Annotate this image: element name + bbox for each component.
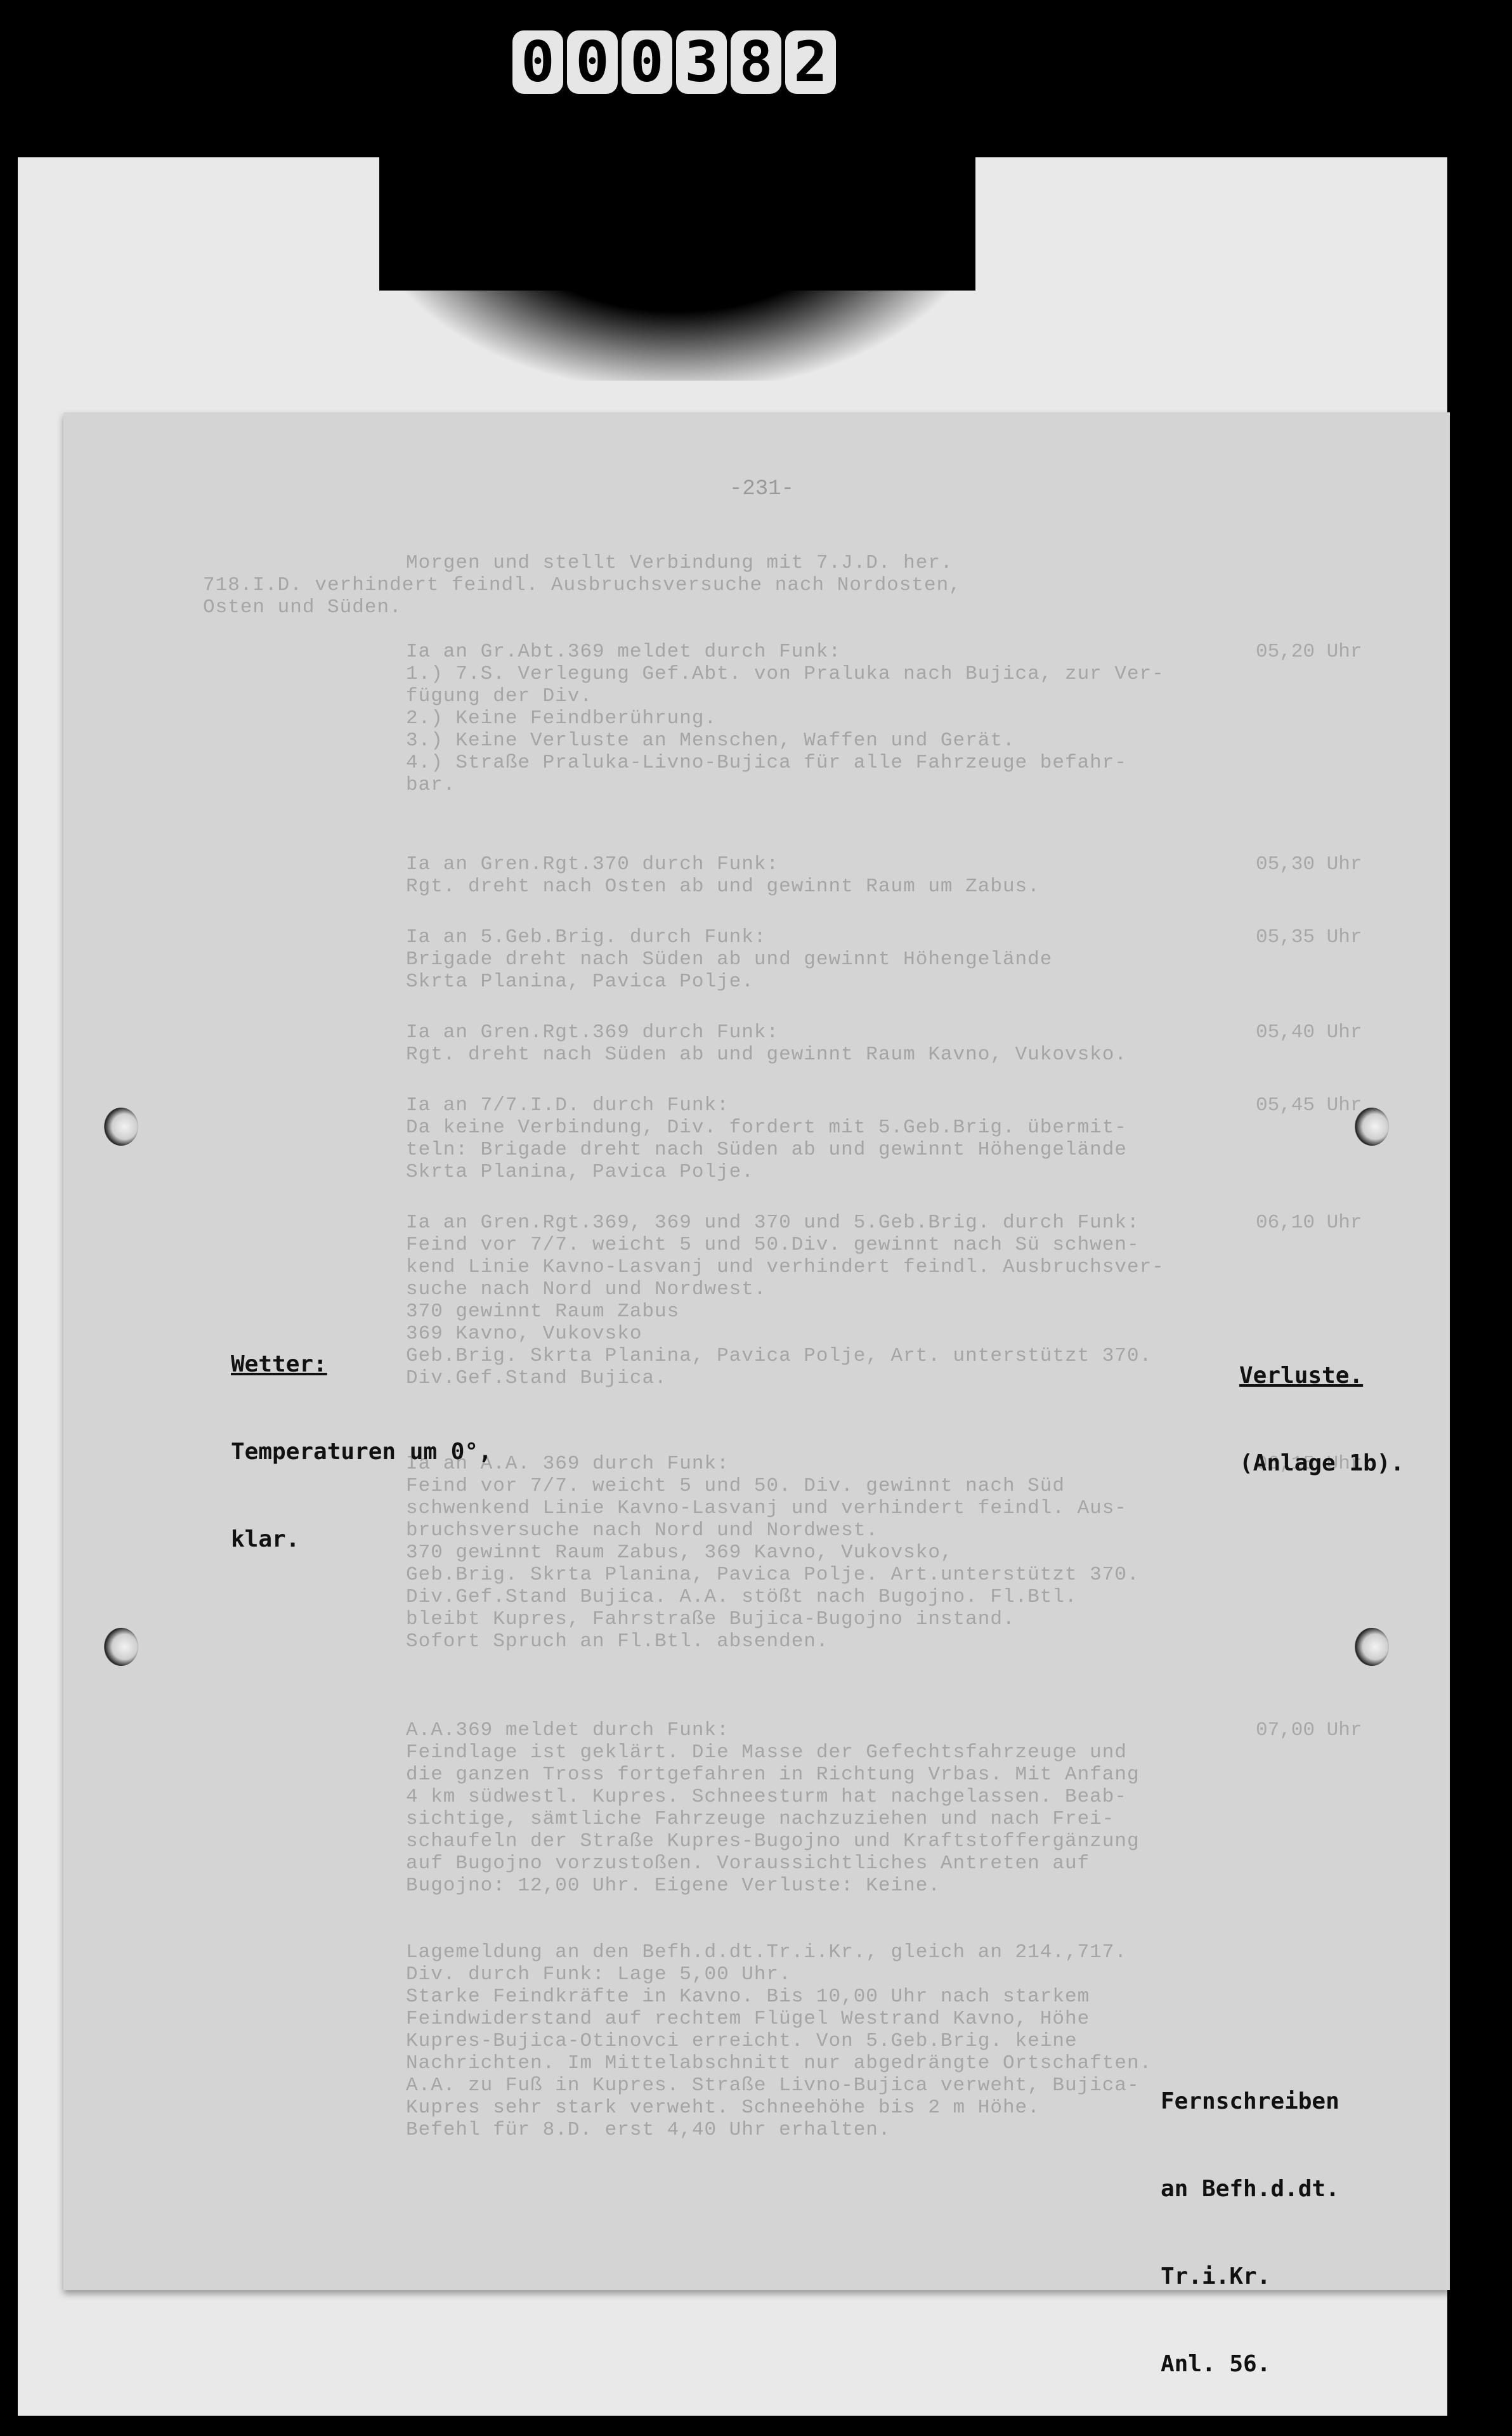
punch-hole-icon bbox=[104, 1628, 138, 1666]
body-line: Ia an Gren.Rgt.369, 369 und 370 und 5.Ge… bbox=[406, 1212, 1140, 1234]
entry-time: 07,00 Uhr bbox=[1256, 1719, 1362, 1741]
entry-time: 05,45 Uhr bbox=[1256, 1094, 1362, 1116]
body-line: Rgt. dreht nach Osten ab und gewinnt Rau… bbox=[406, 875, 1040, 898]
weather-note: Wetter: Temperaturen um 0°, klar. bbox=[231, 1292, 492, 1583]
body-line: Div. durch Funk: Lage 5,00 Uhr. bbox=[406, 1963, 792, 1986]
telex-note: Fernschreiben an Befh.d.dt. Tr.i.Kr. Anl… bbox=[1161, 2029, 1339, 2408]
body-line: Rgt. dreht nach Süden ab und gewinnt Rau… bbox=[406, 1044, 1127, 1066]
body-line: Skrta Planina, Pavica Polje. bbox=[406, 1161, 754, 1183]
body-line: Bugojno: 12,00 Uhr. Eigene Verluste: Kei… bbox=[406, 1875, 941, 1897]
telex-line-2: an Befh.d.dt. bbox=[1161, 2175, 1339, 2204]
entry-time: 06,10 Uhr bbox=[1256, 1212, 1362, 1234]
body-line: Brigade dreht nach Süden ab und gewinnt … bbox=[406, 948, 1052, 971]
body-line: A.A.369 meldet durch Funk: bbox=[406, 1719, 729, 1741]
page-number: -231- bbox=[729, 477, 794, 501]
body-line: Ia an 7/7.I.D. durch Funk: bbox=[406, 1094, 729, 1116]
entry-time: 05,20 Uhr bbox=[1256, 641, 1362, 663]
body-line: schaufeln der Straße Kupres-Bugojno und … bbox=[406, 1830, 1140, 1852]
body-line: Geb.Brig. Skrta Planina, Pavica Polje, A… bbox=[406, 1345, 1152, 1367]
body-line: Sofort Spruch an Fl.Btl. absenden. bbox=[406, 1630, 829, 1653]
body-line: A.A. zu Fuß in Kupres. Straße Livno-Buji… bbox=[406, 2074, 1140, 2097]
body-line: 4 km südwestl. Kupres. Schneesturm hat n… bbox=[406, 1786, 1127, 1808]
losses-annex-ref: (Anlage 1b). bbox=[1239, 1449, 1404, 1478]
stamp-digit: 0 bbox=[622, 30, 672, 94]
body-line: Ia an Gren.Rgt.370 durch Funk: bbox=[406, 853, 779, 875]
body-line: kend Linie Kavno-Lasvanj und verhindert … bbox=[406, 1256, 1164, 1278]
stamp-digit: 3 bbox=[676, 30, 727, 94]
weather-temperature: Temperaturen um 0°, bbox=[231, 1437, 492, 1467]
telex-line-1: Fernschreiben bbox=[1161, 2087, 1339, 2116]
entry-time: 05,40 Uhr bbox=[1256, 1021, 1362, 1044]
entry-time: 05,30 Uhr bbox=[1256, 853, 1362, 875]
body-line: Morgen und stellt Verbindung mit 7.J.D. … bbox=[406, 552, 953, 574]
punch-hole-icon bbox=[104, 1108, 138, 1146]
body-line: teln: Brigade dreht nach Süden ab und ge… bbox=[406, 1139, 1127, 1161]
body-line: 718.I.D. verhindert feindl. Ausbruchsver… bbox=[203, 574, 961, 596]
stamp-digit: 0 bbox=[567, 30, 618, 94]
punch-hole-icon bbox=[1355, 1628, 1389, 1666]
body-line: Feindlage ist geklärt. Die Masse der Gef… bbox=[406, 1741, 1127, 1764]
body-line: Div.Gef.Stand Bujica. A.A. stößt nach Bu… bbox=[406, 1586, 1078, 1608]
telex-line-4: Anl. 56. bbox=[1161, 2350, 1339, 2379]
weather-condition: klar. bbox=[231, 1525, 492, 1554]
body-line: Nachrichten. Im Mittelabschnitt nur abge… bbox=[406, 2052, 1152, 2074]
body-line: Osten und Süden. bbox=[203, 596, 402, 619]
body-line: Feind vor 7/7. weicht 5 und 50.Div. gewi… bbox=[406, 1234, 1140, 1256]
weather-heading: Wetter: bbox=[231, 1350, 492, 1379]
losses-note: Verluste. (Anlage 1b). bbox=[1239, 1303, 1404, 1507]
stamp-digit: 8 bbox=[731, 30, 781, 94]
body-line: 4.) Straße Praluka-Livno-Bujica für alle… bbox=[406, 752, 1127, 774]
body-line: fügung der Div. bbox=[406, 685, 592, 707]
body-line: Befehl für 8.D. erst 4,40 Uhr erhalten. bbox=[406, 2119, 891, 2141]
binder-clip bbox=[379, 157, 975, 291]
losses-heading: Verluste. bbox=[1239, 1361, 1404, 1391]
body-line: bleibt Kupres, Fahrstraße Bujica-Bugojno… bbox=[406, 1608, 1015, 1630]
body-line: die ganzen Tross fortgefahren in Richtun… bbox=[406, 1764, 1140, 1786]
body-line: Ia an Gren.Rgt.369 durch Funk: bbox=[406, 1021, 779, 1044]
body-line: sichtige, sämtliche Fahrzeuge nachzuzieh… bbox=[406, 1808, 1114, 1830]
body-line: 1.) 7.S. Verlegung Gef.Abt. von Praluka … bbox=[406, 663, 1164, 685]
body-line: schwenkend Linie Kavno-Lasvanj und verhi… bbox=[406, 1497, 1127, 1519]
telex-line-3: Tr.i.Kr. bbox=[1161, 2262, 1339, 2291]
body-line: Geb.Brig. Skrta Planina, Pavica Polje. A… bbox=[406, 1564, 1140, 1586]
body-line: auf Bugojno vorzustoßen. Voraussichtlich… bbox=[406, 1852, 1090, 1875]
body-line: bar. bbox=[406, 774, 455, 796]
archive-stamp-number: 000382 bbox=[512, 30, 836, 94]
stamp-digit: 2 bbox=[785, 30, 836, 94]
stamp-digit: 0 bbox=[512, 30, 563, 94]
body-line: Starke Feindkräfte in Kavno. Bis 10,00 U… bbox=[406, 1986, 1090, 2008]
body-line: Kupres-Bujica-Otinovci erreicht. Von 5.G… bbox=[406, 2030, 1078, 2052]
body-line: Feindwiderstand auf rechtem Flügel Westr… bbox=[406, 2008, 1090, 2030]
body-line: 2.) Keine Feindberührung. bbox=[406, 707, 717, 730]
punch-hole-icon bbox=[1355, 1108, 1389, 1146]
body-line: Da keine Verbindung, Div. fordert mit 5.… bbox=[406, 1116, 1127, 1139]
body-line: Ia an Gr.Abt.369 meldet durch Funk: bbox=[406, 641, 841, 663]
body-line: Lagemeldung an den Befh.d.dt.Tr.i.Kr., g… bbox=[406, 1941, 1127, 1963]
body-line: Kupres sehr stark verweht. Schneehöhe bi… bbox=[406, 2097, 1040, 2119]
body-line: 3.) Keine Verluste an Menschen, Waffen u… bbox=[406, 730, 1015, 752]
body-line: Ia an 5.Geb.Brig. durch Funk: bbox=[406, 926, 767, 948]
entry-time: 05,35 Uhr bbox=[1256, 926, 1362, 948]
body-line: Feind vor 7/7. weicht 5 und 50. Div. gew… bbox=[406, 1475, 1065, 1497]
body-line: Skrta Planina, Pavica Polje. bbox=[406, 971, 754, 993]
